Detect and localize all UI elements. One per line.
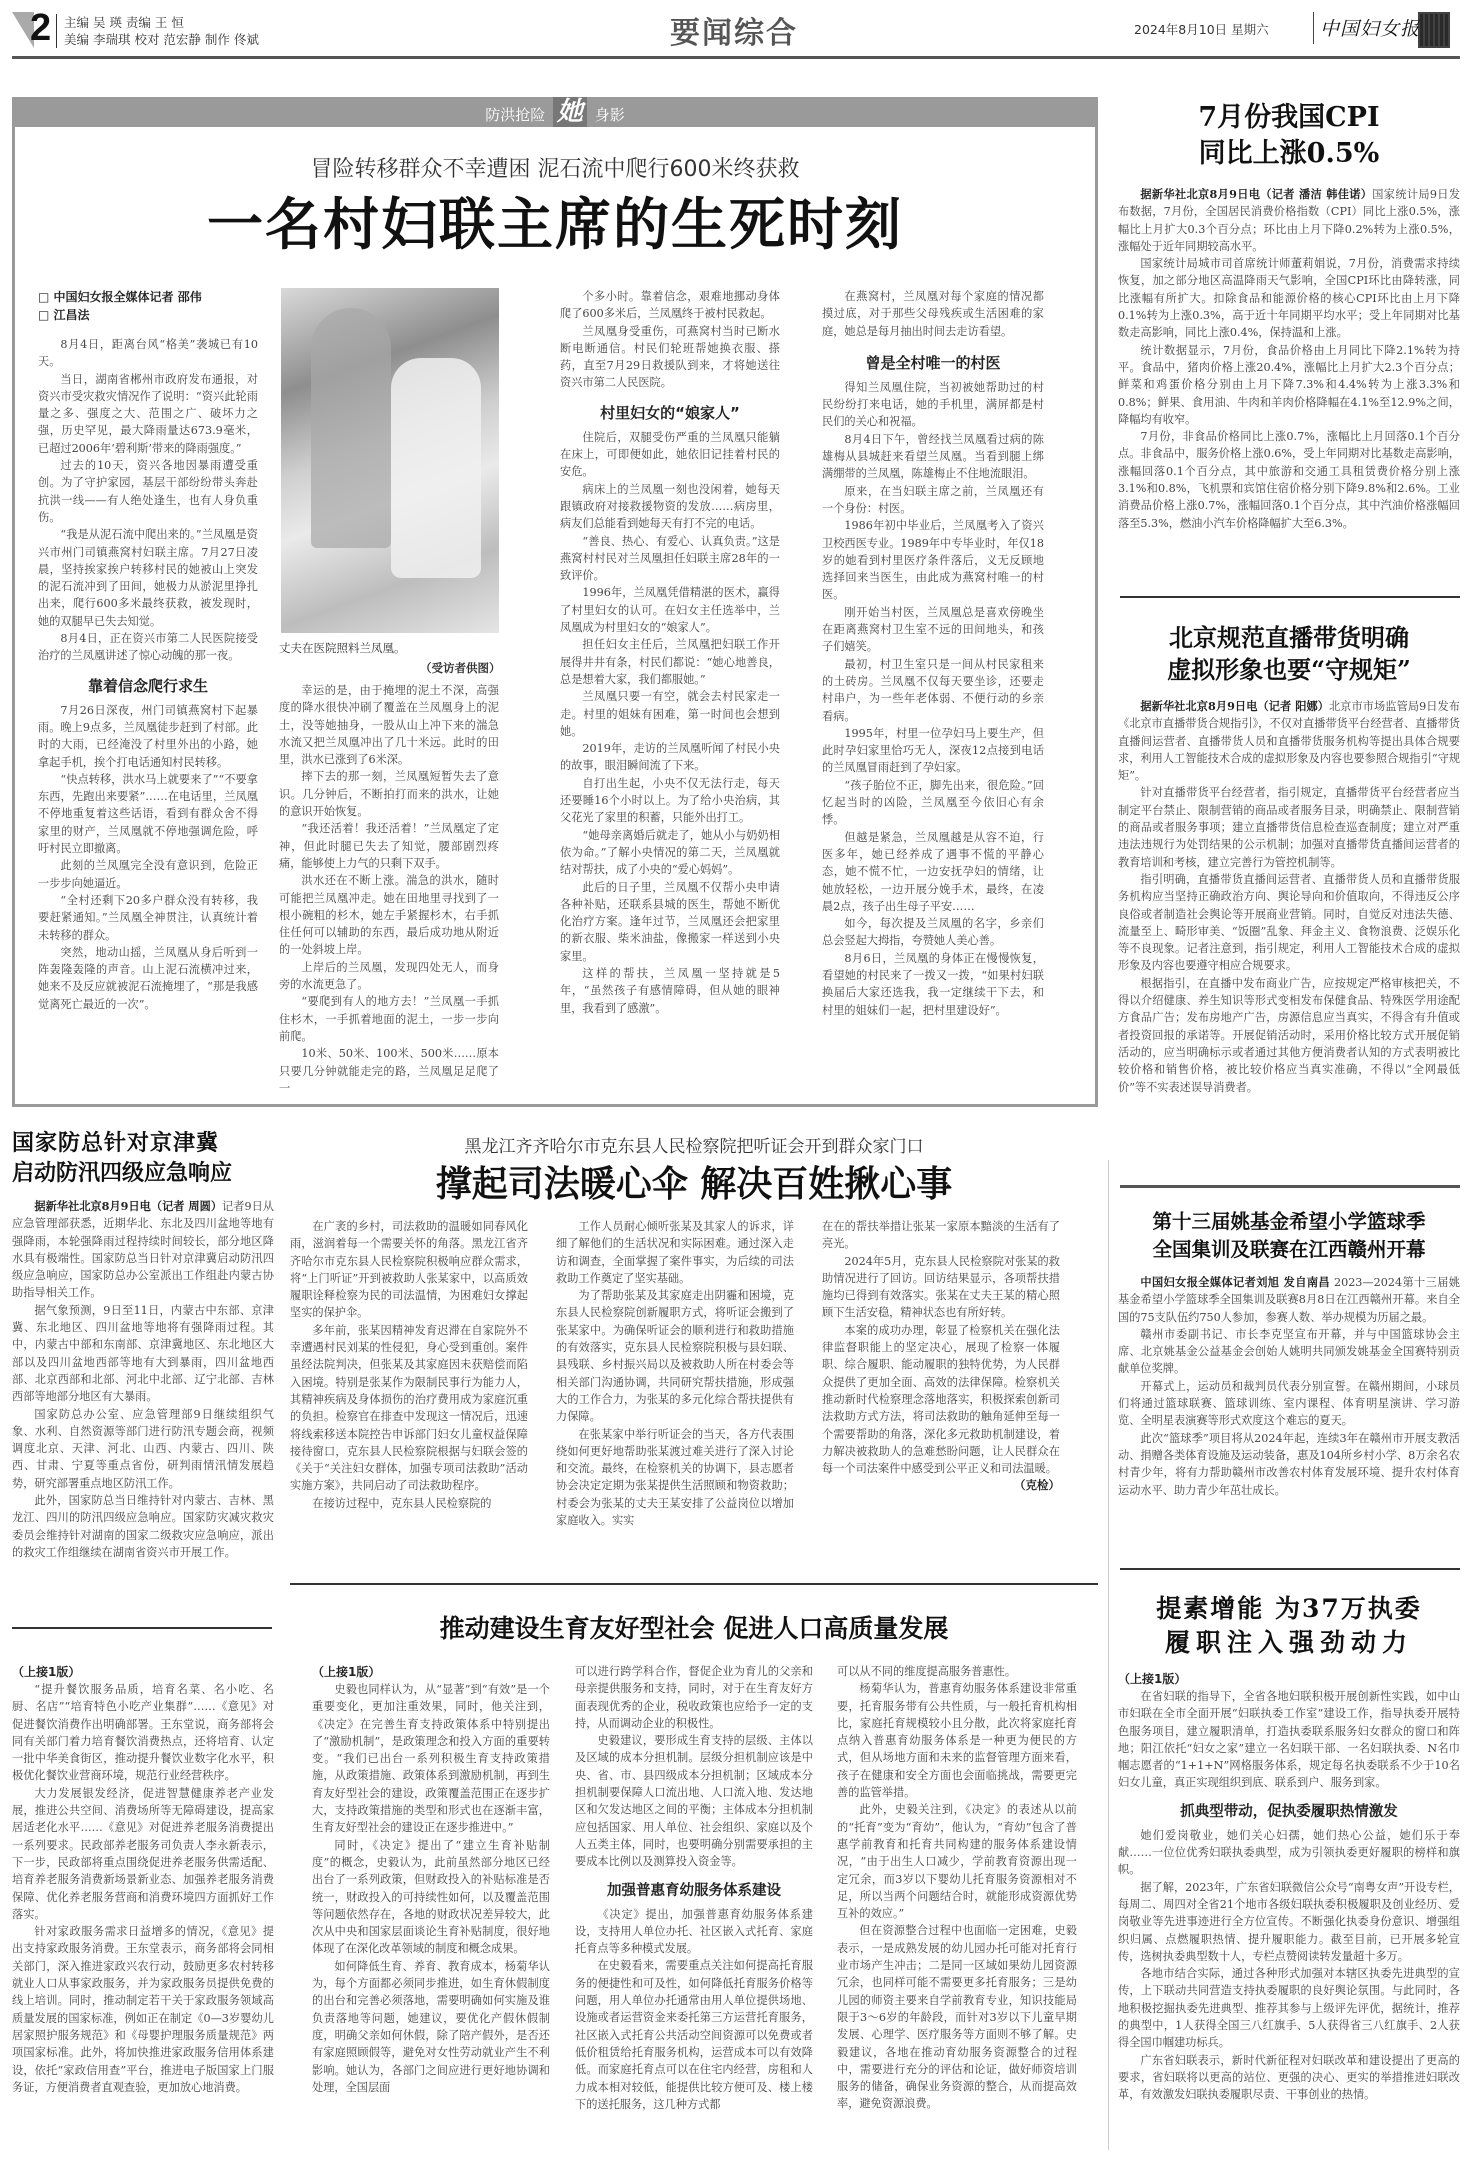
paragraph: 幸运的是，由于掩埋的泥土不深，高强度的降水很快冲刷了覆盖在兰凤凰身上的泥土，没等… <box>279 682 499 768</box>
banner-left: 防洪抢险 <box>485 106 545 124</box>
paragraph: “善良、热心、有爱心、认真负责。”这是燕窝村村民对兰凤凰担任妇联主席28年的一致… <box>560 533 780 585</box>
paragraph: 1986年初中毕业后，兰凤凰考入了资兴卫校西医专业。1989年中专毕业时，年仅1… <box>822 517 1044 603</box>
committee-subhead: 抓典型带动，促执委履职热情激发 <box>1118 1800 1460 1821</box>
judicial-headline: 撑起司法暖心伞 解决百姓揪心事 <box>290 1158 1098 1210</box>
feature-col-1: □ 中国妇女报全媒体记者 邵伟 □ 江昌法 8月4日，距离台风“格美”袭城已有1… <box>38 288 258 1013</box>
paragraph: 7月26日深夜，州门司镇燕窝村下起暴雨。晚上9点多，兰凤凰徒步赶到了村部。此时的… <box>38 702 258 771</box>
banner-right: 身影 <box>595 106 625 124</box>
feature-col-3: 个多小时。靠着信念，艰难地挪动身体爬了600多米后，兰凤凰终于被村民救起。 兰凤… <box>560 288 780 1017</box>
paragraph: 此后的日子里，兰凤凰不仅帮小央申请各种补贴，还联系县城的医生，帮她不断优化治疗方… <box>560 879 780 965</box>
paragraph: “我是从泥石流中爬出来的。”兰凤凰是资兴市州门司镇燕窝村妇联主席。7月27日凌晨… <box>38 526 258 630</box>
paragraph: 1995年，村里一位孕妇马上要生产，但此时孕妇家里恰巧无人，深夜12点接到电话的… <box>822 725 1044 777</box>
paragraph: 在广袤的乡村，司法救助的温暖如同春风化雨，滋润着每一个需要关怀的角落。黑龙江省齐… <box>290 1218 528 1322</box>
divider <box>290 1583 1098 1585</box>
paragraph: “全村还剩下20多户群众没有转移，我要赶紧通知。”兰凤凰全神贯注，认真统计着未转… <box>38 892 258 944</box>
paragraph: “提升餐饮服务品质，培育名菜、名小吃、名厨、名店”“培育特色小吃产业集群”……《… <box>12 1681 274 1785</box>
continued-label: （上接1版） <box>12 1663 274 1681</box>
paragraph: 在省妇联的指导下，全省各地妇联积极开展创新性实践，如中山市妇联在全市全面开展“妇… <box>1118 1688 1460 1792</box>
paragraph: 指引明确，直播带货直播间运营者、直播带货人员和直播带货服务机构应当坚持正确政治方… <box>1118 871 1460 975</box>
paragraph: 兰凤凰身受重伤，可燕窝村当时已断水断电断通信。村民们轮班帮她换衣服、搽药，直至7… <box>560 323 780 392</box>
paragraph: 广东省妇联表示，新时代新征程对妇联改革和建设提出了更高的要求，省妇联将以更高的站… <box>1118 2052 1460 2104</box>
subhead-2: 村里妇女的“娘家人” <box>560 402 780 423</box>
paragraph: 得知兰凤凰住院，当初被她帮助过的村民纷纷打来电话，她的手机里，满屏都是村民们的关… <box>822 379 1044 431</box>
continued-label: （上接1版） <box>312 1663 550 1681</box>
paragraph: “要爬到有人的地方去！”兰凤凰一手抓住杉木，一手抓着地面的泥土，一步一步向前爬。 <box>279 993 499 1045</box>
divider <box>12 1627 272 1629</box>
qr-code-icon <box>1418 12 1450 48</box>
paragraph: “我还活着！我还活着！”兰凤凰定了定神，但此时腿已失去了知觉，腰部剧烈疼痛，能够… <box>279 820 499 872</box>
flood-article: 国家防总针对京津冀 启动防汛四级应急响应 据新华社北京8月9日电（记者 周圆）记… <box>12 1128 274 1561</box>
paragraph: 2024年5月，克东县人民检察院对张某的救助情况进行了回访。回访结果显示，各项帮… <box>822 1253 1060 1322</box>
paragraph: 工作人员耐心倾听张某及其家人的诉求，详细了解他们的生活状况和实际困难。通过深入走… <box>556 1218 794 1287</box>
paragraph: 在张某家中举行听证会的当天，各方代表围绕如何更好地帮助张某渡过难关进行了深入讨论… <box>556 1426 794 1530</box>
photo-figure-husband <box>311 308 391 548</box>
paragraph: 各地市结合实际，通过各种形式加强对本辖区执委先进典型的宣传，上下联动共同营造支持… <box>1118 1965 1460 2051</box>
photo-figure-patient <box>391 358 481 578</box>
divider <box>1120 596 1460 598</box>
cpi-article: 7月份我国CPI 同比上涨0.5% 据新华社北京8月9日电（记者 潘洁 韩佳诺）… <box>1118 100 1460 532</box>
cpi-headline-2: 同比上涨0.5% <box>1118 136 1460 172</box>
paragraph: 过去的10天，资兴各地因暴雨遭受重创。为了守护家园，基层干部纷纷带头奔赴抗洪一线… <box>38 457 258 526</box>
livestream-headline-2: 虚拟形象也要“守规矩” <box>1118 654 1460 686</box>
masthead-divider-2 <box>1313 12 1314 44</box>
basketball-headline-2: 全国集训及联赛在江西赣州开幕 <box>1118 1236 1460 1264</box>
source-credit: （克检） <box>822 1477 1060 1493</box>
paragraph: 赣州市委副书记、市长李克坚宣布开幕，并与中国篮球协会主席、北京姚基金公益基金会创… <box>1118 1326 1460 1378</box>
staff-line-1: 主编 吴 瑛 责编 王 恒 <box>64 14 259 31</box>
paragraph: 可以进行跨学科合作，督促企业为育儿的父亲和母亲提供服务和支持，同时，对于在生育友… <box>575 1663 813 1732</box>
judicial-col-1: 在广袤的乡村，司法救助的温暖如同春风化雨，滋润着每一个需要关怀的角落。黑龙江省齐… <box>290 1218 528 1512</box>
paragraph: 据了解，2023年，广东省妇联微信公众号“南粤女声”开设专栏，每周二、周四对全省… <box>1118 1879 1460 1965</box>
fertility-headline: 推动建设生育友好型社会 促进人口高质量发展 <box>290 1612 1098 1646</box>
paragraph: 国家统计局城市司首席统计师董莉娟说，7月份，消费需求持续恢复，加之部分地区高温降… <box>1118 255 1460 341</box>
paragraph: 在燕窝村，兰凤凰对每个家庭的情况都摸过底，对于那些父母残疾或生活困难的家庭，她总… <box>822 288 1044 340</box>
paragraph: 担任妇女主任后，兰凤凰把妇联工作开展得井井有条，村民们都说：“她心地善良，总是想… <box>560 636 780 688</box>
paragraph: 中国妇女报全媒体记者刘旭 发自南昌 2023—2024第十三届姚基金希望小学篮球… <box>1118 1274 1460 1326</box>
basketball-article: 第十三届姚基金希望小学篮球季 全国集训及联赛在江西赣州开幕 中国妇女报全媒体记者… <box>1118 1208 1460 1499</box>
divider <box>1120 1185 1460 1188</box>
paragraph: 刚开始当村医，兰凤凰总是喜欢傍晚坐在距离燕窝村卫生室不远的田间地头，和孩子们嬉笑… <box>822 604 1044 656</box>
masthead: 2 主编 吴 瑛 责编 王 恒 美编 李瑞琪 校对 范宏静 制作 佟斌 要闻综合… <box>0 0 1472 60</box>
byline-2: □ 江昌法 <box>38 306 258 324</box>
paragraph: 此外，国家防总当日维持针对内蒙古、吉林、黑龙江、四川的防汛四级应急响应。国家防灾… <box>12 1492 274 1561</box>
subhead-3: 曾是全村唯一的村医 <box>822 352 1044 373</box>
divider <box>1120 1568 1460 1570</box>
section-title: 要闻综合 <box>670 8 798 52</box>
paper-logo: 中国妇女报 <box>1320 14 1420 41</box>
paragraph: 8月4日，距离台风“格美”袭城已有10天。 <box>38 336 258 371</box>
dateline: 据新华社北京8月9日电（记者 潘洁 韩佳诺） <box>1140 187 1372 201</box>
paragraph: 针对家政服务需求日益增多的情况，《意见》提出支持家政服务消费。王东堂表示，商务部… <box>12 1923 274 2096</box>
committee-headline-1: 提素增能 为37万执委 <box>1118 1592 1460 1626</box>
paragraph: 个多小时。靠着信念，艰难地挪动身体爬了600多米后，兰凤凰终于被村民救起。 <box>560 288 780 323</box>
paragraph: 自打出生起，小央不仅无法行走，每天还要睡16个小时以上。为了给小央治病，其父花光… <box>560 775 780 827</box>
paragraph: 如何降低生育、养育、教育成本，杨菊华认为，每个方面都必须同步推进，如生育休假制度… <box>312 1958 550 2096</box>
paragraph: “快点转移，洪水马上就要来了”“不要拿东西，先跑出来要紧”……在电话里，兰凤凰不… <box>38 771 258 857</box>
paragraph: 统计数据显示，7月份，食品价格由上月同比下降2.1%转为持平。食品中，猪肉价格上… <box>1118 342 1460 428</box>
paragraph: 如今，每次提及兰凤凰的名字，乡亲们总会竖起大拇指，夸赞她人美心善。 <box>822 915 1044 950</box>
dateline: 据新华社北京8月9日电（记者 阳娜） <box>1140 699 1329 713</box>
paragraph: 但越是紧急，兰凤凰越是从容不迫，行医多年，她已经养成了遇事不慌的平静心态，她不慌… <box>822 829 1044 915</box>
paragraph-text: 记者9日从应急管理部获悉，近期华北、东北及四川盆地等地有强降雨，本轮强降雨过程持… <box>12 1200 274 1299</box>
cpi-headline-1: 7月份我国CPI <box>1118 100 1460 136</box>
paragraph: 据新华社北京8月9日电（记者 阳娜）北京市市场监管局9日发布《北京市直播带货合规… <box>1118 698 1460 784</box>
paragraph: 国家防总办公室、应急管理部9日继续组织气象、水利、自然资源等部门进行防汛专题会商… <box>12 1406 274 1492</box>
paragraph: 在接访过程中，克东县人民检察院的 <box>290 1495 528 1512</box>
paragraph: 摔下去的那一刻，兰凤凰短暂失去了意识。几分钟后，不断拍打而来的洪水，让她的意识开… <box>279 768 499 820</box>
masthead-divider <box>56 14 57 48</box>
paragraph: 7月份，非食品价格同比上涨0.7%，涨幅比上月回落0.1个百分点。非食品中，服务… <box>1118 428 1460 532</box>
paragraph: 史毅建议，要形成生育支持的层级、主体以及区域的成本分担机制。层级分担机制应该是中… <box>575 1732 813 1870</box>
fertility-col-2: 可以进行跨学科合作，督促企业为育儿的父亲和母亲提供服务和支持，同时，对于在生育友… <box>575 1663 813 2113</box>
paragraph: 在在的帮扶举措让张某一家原本黯淡的生活有了亮光。 <box>822 1218 1060 1253</box>
paragraph: 多年前，张某因精神发育迟滞在自家院外不幸遭遇村民刘某的性侵犯，身心受到重创。案件… <box>290 1322 528 1495</box>
paragraph: 此刻的兰凤凰完全没有意识到，危险正一步步向她逼近。 <box>38 857 258 892</box>
livestream-article: 北京规范直播带货明确 虚拟形象也要“守规矩” 据新华社北京8月9日电（记者 阳娜… <box>1118 622 1460 1096</box>
paragraph: 突然，地动山摇，兰凤凰从身后听到一阵轰隆轰隆的声音。山上泥石流横冲过来，她来不及… <box>38 944 258 1013</box>
paragraph: 住院后，双腿受伤严重的兰凤凰只能躺在床上，可即便如此，她依旧记挂着村民的安危。 <box>560 429 780 481</box>
paragraph: 兰凤凰只要一有空，就会去村民家走一走。村里的姐妹有困难，第一时间也会想到她。 <box>560 688 780 740</box>
dateline: 据新华社北京8月9日电（记者 周圆） <box>34 1199 222 1213</box>
committee-article: 提素增能 为37万执委 履职注入强劲动力 （上接1版） 在省妇联的指导下，全省各… <box>1118 1592 1460 2104</box>
paragraph: 8月6日，兰凤凰的身体正在慢慢恢复，看望她的村民来了一拨又一拨，“如果村妇联换届… <box>822 950 1044 1019</box>
basketball-headline-1: 第十三届姚基金希望小学篮球季 <box>1118 1208 1460 1236</box>
photo-caption: 丈夫在医院照料兰凤凰。 <box>279 640 406 656</box>
feature-banner: 防洪抢险 她 身影 <box>12 97 1098 127</box>
paragraph: 据新华社北京8月9日电（记者 潘洁 韩佳诺）国家统计局9日发布数据，7月份，全国… <box>1118 186 1460 255</box>
subhead-1: 靠着信念爬行求生 <box>38 675 258 696</box>
paragraph: 此外，史毅关注到，《决定》的表述从以前的“托育”变为“育幼”，他认为，“育幼”包… <box>837 1801 1077 1922</box>
banner-accent: 她 <box>553 97 587 127</box>
judicial-col-2: 工作人员耐心倾听张某及其家人的诉求，详细了解他们的生活状况和实际困难。通过深入走… <box>556 1218 794 1529</box>
dateline: 中国妇女报全媒体记者刘旭 发自南昌 <box>1140 1275 1330 1289</box>
continued-label: （上接1版） <box>1118 1670 1460 1688</box>
flood-headline-1: 国家防总针对京津冀 <box>12 1128 274 1158</box>
staff-credits: 主编 吴 瑛 责编 王 恒 美编 李瑞琪 校对 范宏静 制作 佟斌 <box>64 14 259 48</box>
paragraph: 开幕式上，运动员和裁判员代表分别宣誓。在赣州期间，小球员们将通过篮球联赛、篮球训… <box>1118 1378 1460 1430</box>
paragraph: 洪水还在不断上涨。湍急的洪水，随时可能把兰凤凰冲走。她在田地里寻找到了一根小碗粗… <box>279 872 499 958</box>
staff-line-2: 美编 李瑞琪 校对 范宏静 制作 佟斌 <box>64 31 259 48</box>
paragraph: 可以从不同的维度提高服务普惠性。 <box>837 1663 1077 1680</box>
paragraph: 同时，《决定》提出了“建立生育补贴制度”的概念，史毅认为，此前虽然部分地区已经出… <box>312 1837 550 1958</box>
byline-1: □ 中国妇女报全媒体记者 邵伟 <box>38 288 258 306</box>
paragraph: 据新华社北京8月9日电（记者 周圆）记者9日从应急管理部获悉，近期华北、东北及四… <box>12 1198 274 1302</box>
paragraph: 杨菊华认为，普惠育幼服务体系建设非常重要，托育服务带有公共性质，与一般托育机构相… <box>837 1680 1077 1801</box>
committee-headline-2: 履职注入强劲动力 <box>1118 1626 1460 1660</box>
paragraph: “她母亲离婚后就走了，她从小与奶奶相依为命。”了解小央情况的第二天，兰凤凰就结对… <box>560 827 780 879</box>
flood-headline-2: 启动防汛四级应急响应 <box>12 1158 274 1188</box>
column-divider <box>1108 1160 1109 2150</box>
page-number: 2 <box>30 8 51 48</box>
feature-headline: 一名村妇联主席的生死时刻 <box>12 190 1098 260</box>
fertility-subhead: 加强普惠育幼服务体系建设 <box>575 1879 813 1900</box>
paragraph: 史毅也同样认为，从“显著”到“有效”是一个重要变化，更加注重效果，同时，他关注到… <box>312 1681 550 1837</box>
judicial-col-3: 在在的帮扶举措让张某一家原本黯淡的生活有了亮光。 2024年5月，克东县人民检察… <box>822 1218 1060 1493</box>
paragraph: 但在资源整合过程中也面临一定困难，史毅表示，一是成熟发展的幼儿园办托可能对托育行… <box>837 1922 1077 2112</box>
paragraph: 8月4日下午，曾经找兰凤凰看过病的陈雄梅从县城赶来看望兰凤凰。当看到腿上绑满绷带… <box>822 431 1044 483</box>
fertility-col-1: （上接1版） 史毅也同样认为，从“显著”到“有效”是一个重要变化，更加注重效果，… <box>312 1663 550 2096</box>
masthead-rule <box>12 56 1460 59</box>
paragraph: 10米、50米、100米、500米……原本只要几分钟就能走完的路，兰凤凰足足爬了… <box>279 1045 499 1097</box>
issue-date: 2024年8月10日 星期六 <box>1134 20 1269 38</box>
paragraph: 1996年，兰凤凰凭借精湛的医术，赢得了村里妇女的认可。在妇女主任选举中，兰凤凰… <box>560 584 780 636</box>
paragraph: 据气象预测，9日至11日，内蒙古中东部、京津冀、东北地区、四川盆地等地将有强降雨… <box>12 1302 274 1406</box>
paragraph: 针对直播带货平台经营者，指引规定，直播带货平台经营者应当制定平台禁止、限制营销的… <box>1118 784 1460 870</box>
fertility-col-3: 可以从不同的维度提高服务普惠性。 杨菊华认为，普惠育幼服务体系建设非常重要，托育… <box>837 1663 1077 2113</box>
paragraph: 最初，村卫生室只是一间从村民家租来的土砖房。兰凤凰不仅每天要坐诊，还要走村串户，… <box>822 656 1044 725</box>
paragraph: 原来，在当妇联主席之前，兰凤凰还有一个身份：村医。 <box>822 483 1044 518</box>
paragraph: 在史毅看来，需要重点关注如何提高托育服务的便捷性和可及性，如何降低托育服务价格等… <box>575 1957 813 2113</box>
paragraph: 这样的帮扶，兰凤凰一坚持就是5年，“虽然孩子有感情障碍，但从她的眼神里，我看到了… <box>560 965 780 1017</box>
paragraph: 为了帮助张某及其家庭走出阴霾和困境，克东县人民检察院创新履职方式，将听证会搬到了… <box>556 1287 794 1425</box>
consumption-article: （上接1版） “提升餐饮服务品质，培育名菜、名小吃、名厨、名店”“培育特色小吃产… <box>12 1663 274 2096</box>
livestream-headline-1: 北京规范直播带货明确 <box>1118 622 1460 654</box>
paragraph: 上岸后的兰凤凰，发现四处无人，而身旁的水流更急了。 <box>279 959 499 994</box>
feature-kicker: 冒险转移群众不幸遭困 泥石流中爬行600米终获救 <box>12 152 1098 183</box>
paragraph: 病床上的兰凤凰一刻也没闲着，她每天跟镇政府对接救援物资的发放……病房里，病友们总… <box>560 481 780 533</box>
feature-col-4: 在燕窝村，兰凤凰对每个家庭的情况都摸过底，对于那些父母残疾或生活困难的家庭，她总… <box>822 288 1044 1019</box>
paragraph: 此次“篮球季”项目将从2024年起，连续3年在赣州市开展支教活动、捐赠各类体育设… <box>1118 1430 1460 1499</box>
paragraph: “孩子胎位不正，脚先出来，很危险。”回忆起当时的凶险，兰凤凰至今依旧心有余悸。 <box>822 777 1044 829</box>
feature-col-2: 幸运的是，由于掩埋的泥土不深，高强度的降水很快冲刷了覆盖在兰凤凰身上的泥土，没等… <box>279 682 499 1097</box>
paragraph: 大力发展银发经济，促进智慧健康养老产业发展，推进公共空间、消费场所等无障碍建设，… <box>12 1785 274 1923</box>
paragraph: 2019年，走访的兰凤凰听闻了村民小央的故事，眼泪瞬间流了下来。 <box>560 740 780 775</box>
paragraph: 当日，湖南省郴州市政府发布通报，对资兴市受灾救灾情况作了说明：“资兴此轮雨量之多… <box>38 371 258 457</box>
paragraph: 《决定》提出，加强普惠育幼服务体系建设，支持用人单位办托、社区嵌入式托育、家庭托… <box>575 1906 813 1958</box>
paragraph: 本案的成功办理，彰显了检察机关在强化法律监督职能上的坚定决心，展现了检察一体履职… <box>822 1322 1060 1478</box>
judicial-kicker: 黑龙江齐齐哈尔市克东县人民检察院把听证会开到群众家门口 <box>290 1132 1098 1157</box>
paragraph: 她们爱岗敬业，她们关心妇孺，她们热心公益，她们乐于奉献……一位位优秀妇联执委典型… <box>1118 1827 1460 1879</box>
paragraph: 根据指引，在直播中发布商业广告，应按规定严格审核把关，不得以介绍健康、养生知识等… <box>1118 975 1460 1096</box>
feature-photo <box>281 288 499 633</box>
paragraph: 8月4日，正在资兴市第二人民医院接受治疗的兰凤凰讲述了惊心动魄的那一夜。 <box>38 630 258 665</box>
photo-credit: （受访者供图） <box>420 660 501 676</box>
